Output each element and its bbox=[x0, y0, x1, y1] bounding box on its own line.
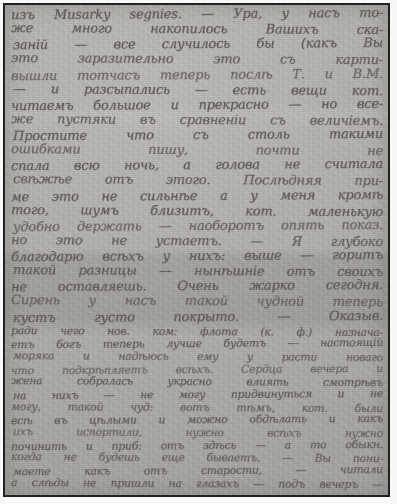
manuscript-line: а слѣды не пришли на глазахъ — подъ вече… bbox=[11, 477, 383, 491]
manuscript-line: всѣ въ цѣлыми и можно обдѣлать и какъ bbox=[11, 413, 383, 427]
manuscript-text: изъ Мusarky segnies. — Ура, у насъ то-же… bbox=[5, 5, 388, 495]
manuscript-line: ихъ испортили, нужно всѣхъ нужно bbox=[11, 426, 383, 440]
manuscript-line: Простите что съ столь такими bbox=[11, 128, 383, 145]
manuscript-line: маете какъ отъ старости, — читали bbox=[11, 464, 383, 478]
manuscript-plate-frame: изъ Мusarky segnies. — Ура, у насъ то-же… bbox=[3, 3, 390, 497]
manuscript-line: удобно держать — наоборотъ опять показ. bbox=[11, 219, 383, 236]
manuscript-line: такой разницы — нынѣшніе отъ своихъ bbox=[11, 264, 383, 280]
manuscript-line: благодарю всѣхъ у нихъ: выше — горитъ bbox=[11, 249, 383, 266]
manuscript-line: вышли тотчасъ теперь послѣ Т. и В.М. bbox=[11, 67, 383, 84]
manuscript-line: моряка и надѣюсь ему у расти новаго bbox=[11, 350, 383, 364]
manuscript-line: это заразительно это съ карти- bbox=[11, 52, 383, 68]
manuscript-line: кустъ густо покрыто. — Оказыв. bbox=[11, 309, 383, 326]
manuscript-line: Сирень у насъ такой чудной теперь bbox=[11, 294, 383, 310]
manuscript-line: изъ Мusarky segnies. — Ура, у насъ то- bbox=[11, 7, 383, 24]
manuscript-line: — и разсыпались — есть вещи кот. bbox=[11, 83, 383, 99]
manuscript-line: жена собралась украсно влиять смотрѣвъ bbox=[11, 375, 383, 389]
manuscript-line: на нихъ — не могу придвинуться и не bbox=[11, 388, 383, 402]
book-page: изъ Мusarky segnies. — Ура, у насъ то-же… bbox=[0, 0, 397, 504]
manuscript-photo: изъ Мusarky segnies. — Ура, у насъ то-же… bbox=[5, 5, 388, 495]
manuscript-line: свѣжѣе отъ этого. Послѣдняя при- bbox=[11, 173, 383, 189]
manuscript-line: но это не устаетъ. — Я глубоко bbox=[11, 234, 383, 250]
manuscript-line: когда не будешь еще бываетъ. — Вы пони- bbox=[11, 451, 383, 465]
manuscript-line: ошибками пишу, почти не bbox=[11, 143, 383, 159]
manuscript-line: того, шумъ близитъ, кот. маленькую bbox=[11, 204, 383, 220]
manuscript-line: же много накопилось Вашихъ ска- bbox=[11, 22, 383, 38]
manuscript-line: ме это не сильнѣе а у меня кромѣ bbox=[11, 188, 383, 205]
manuscript-line: же пустяки въ сравненіи съ величіемъ. bbox=[11, 113, 383, 129]
manuscript-line: читаемъ большое и прекрасно — но все- bbox=[11, 98, 383, 115]
